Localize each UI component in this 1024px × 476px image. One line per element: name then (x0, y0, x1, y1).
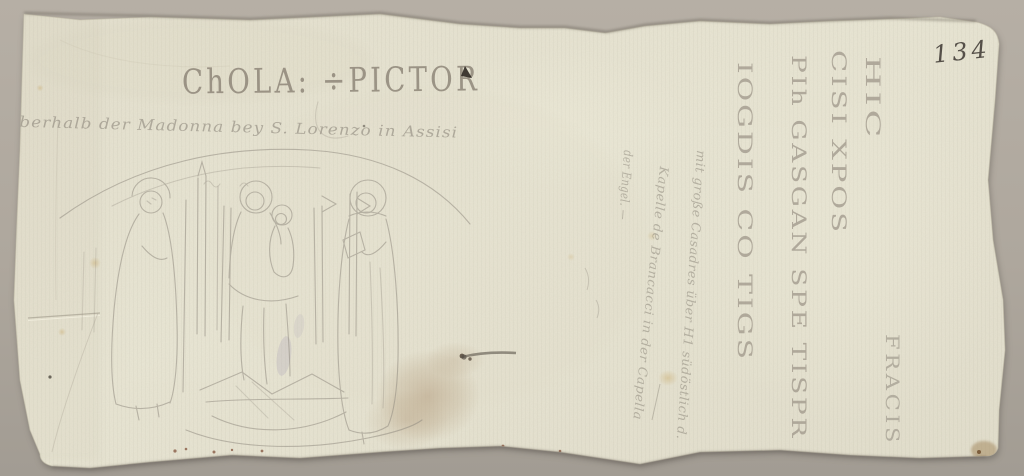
side-inscription-line-1: HIC (861, 56, 885, 141)
side-inscription-francis: FRACIS (881, 334, 903, 446)
scanned-drawing: ChOLA: ÷PICTOR oberhalb der Madonna bey … (0, 0, 1024, 476)
side-inscription-line-4: IOGDIS CO TIGS (733, 62, 757, 362)
side-inscription-line-2: CISI XPOS (827, 50, 851, 235)
title-inscription: ChOLA: ÷PICTOR (182, 59, 480, 102)
side-inscription-line-3: PIh GASGAN SPE TISPR (787, 55, 811, 440)
